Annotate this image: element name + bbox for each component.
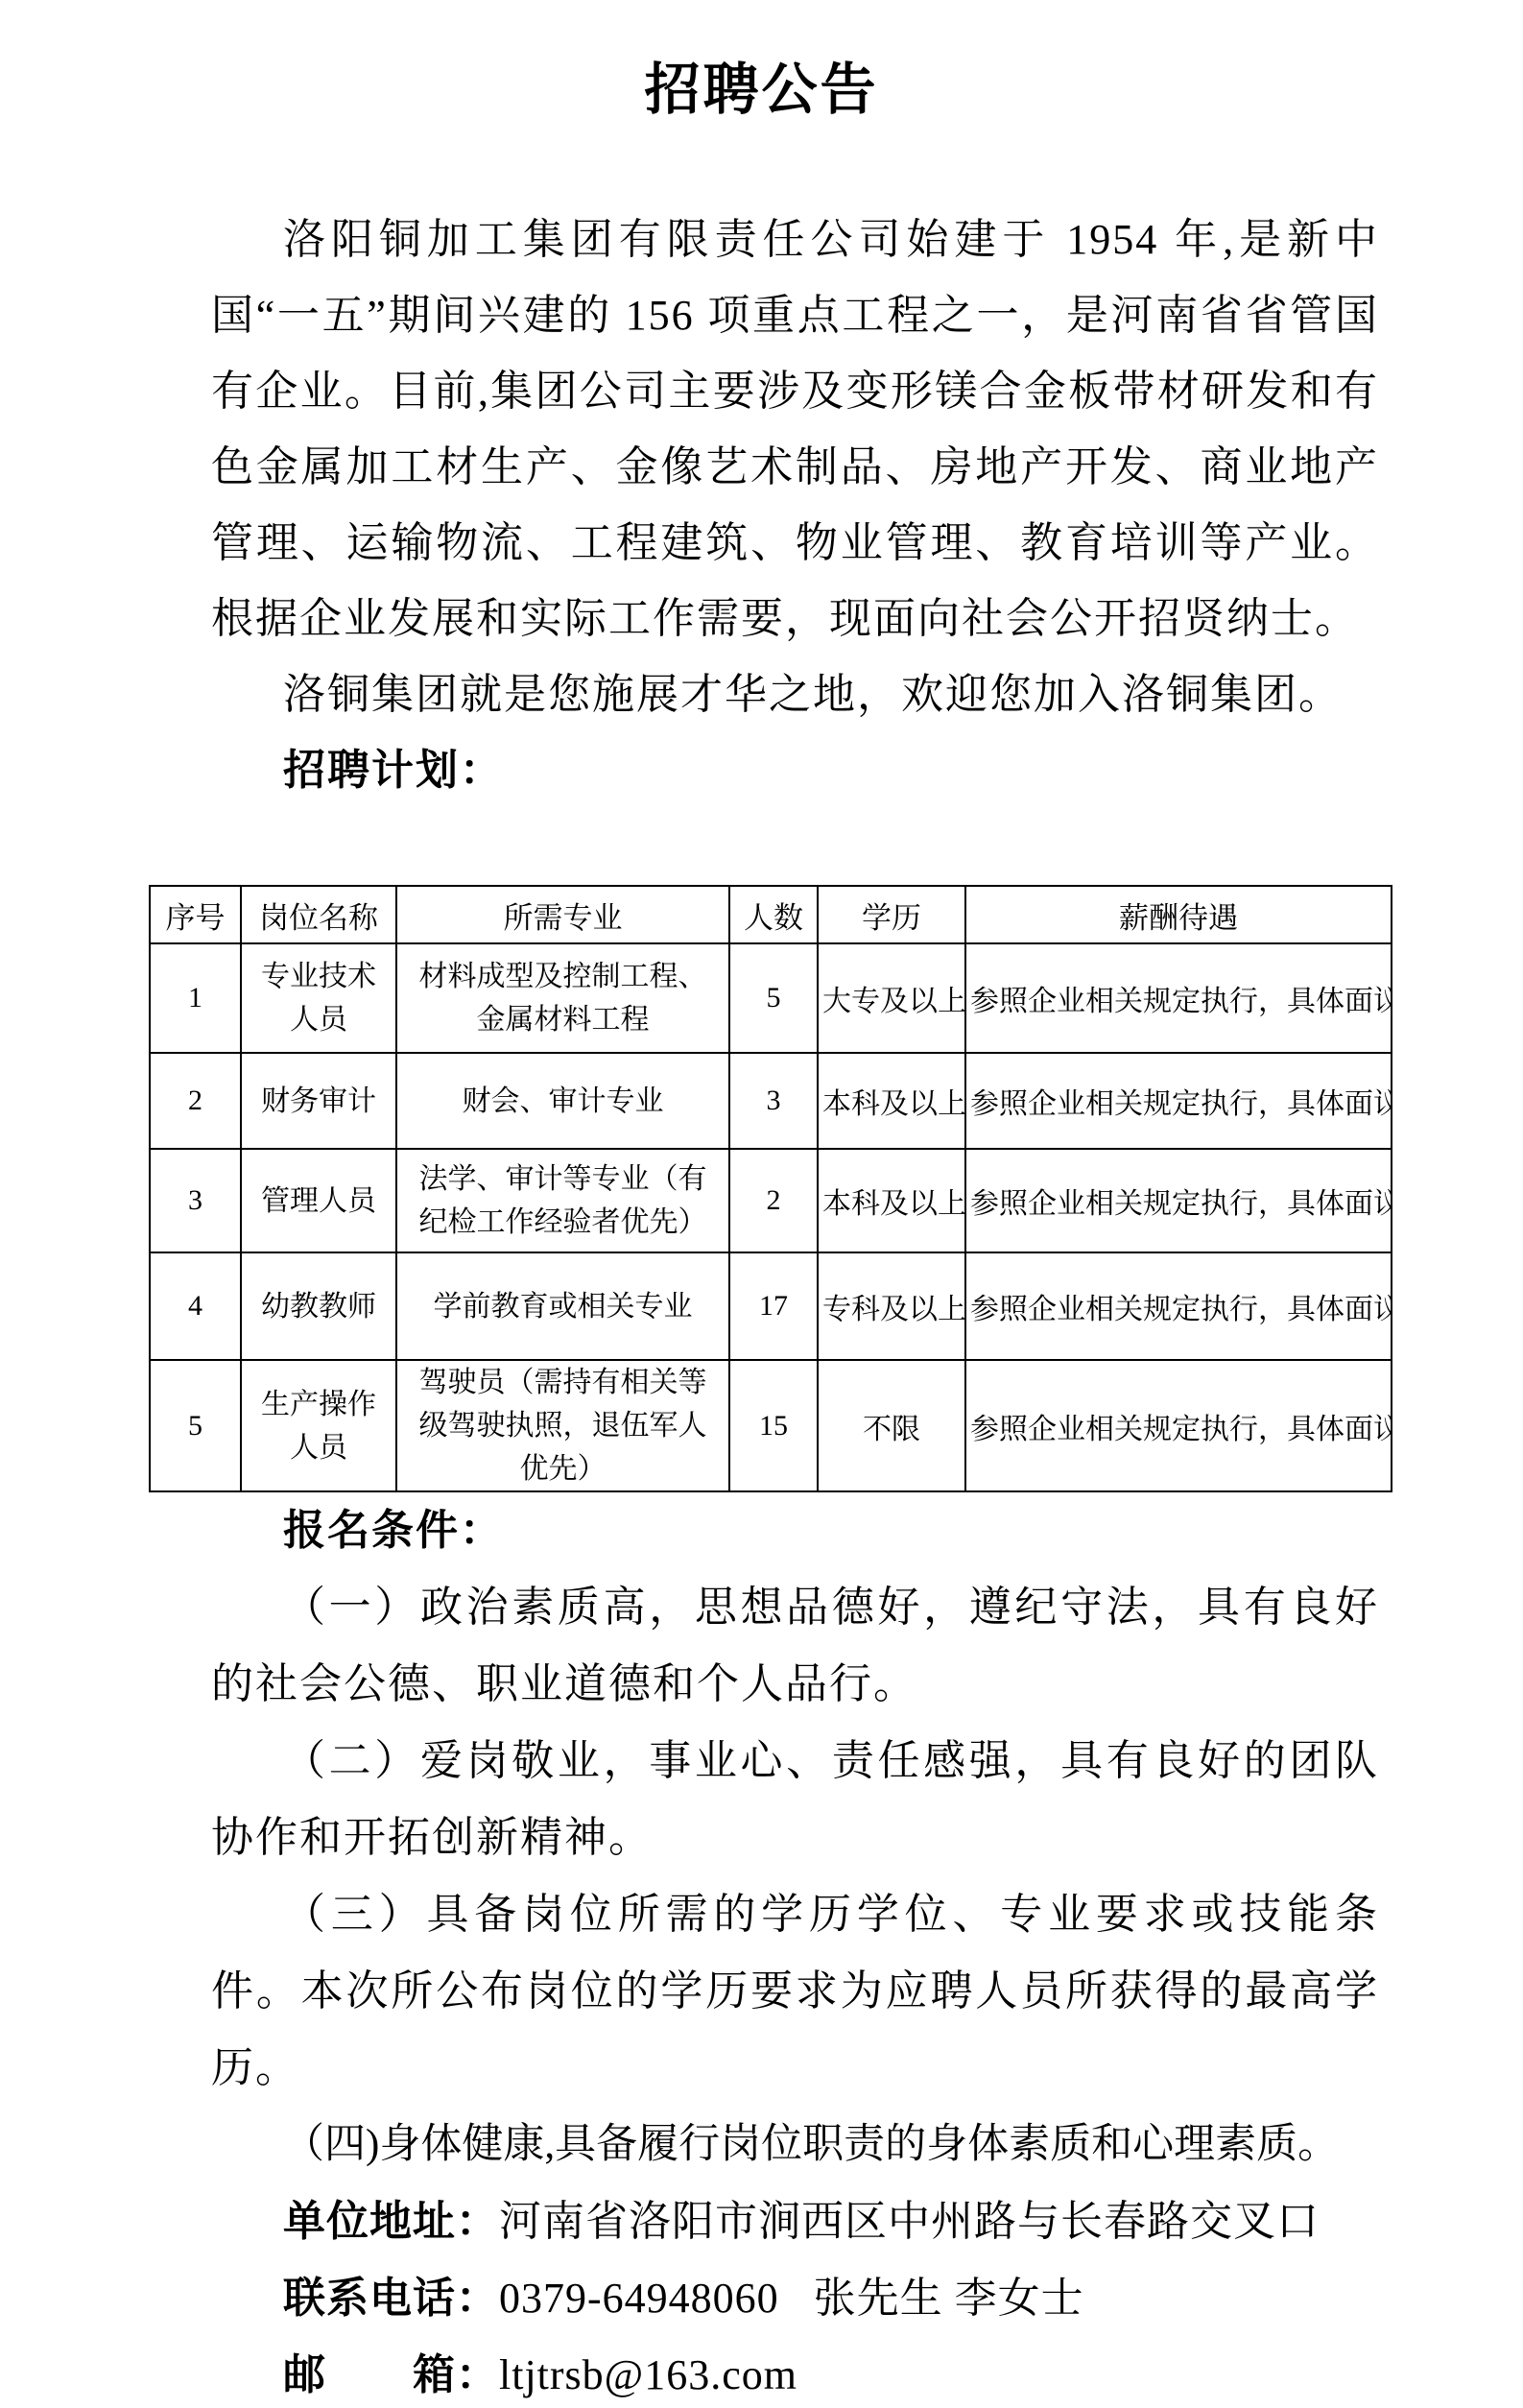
cell-index: 4 (150, 1252, 241, 1360)
phone-value: 0379-64948060 张先生 李女士 (499, 2275, 1084, 2322)
contact-address-line: 单位地址：河南省洛阳市涧西区中州路与长春路交叉口 (211, 2183, 1379, 2260)
table-row: 1 专业技术 人员 材料成型及控制工程、 金属材料工程 5 大专及以上 参照企业… (150, 943, 1392, 1053)
col-header-headcount: 人数 (729, 886, 818, 943)
email-value: ltjtrsb@163.com (499, 2351, 797, 2398)
cell-position: 专业技术 人员 (241, 943, 396, 1053)
intro-paragraph: 洛铜集团就是您施展才华之地，欢迎您加入洛铜集团。 (211, 656, 1379, 732)
col-header-salary: 薪酬待遇 (965, 886, 1392, 943)
cell-education: 本科及以上 (818, 1149, 965, 1252)
cell-headcount: 2 (729, 1149, 818, 1252)
cell-education: 专科及以上 (818, 1252, 965, 1360)
intro-section: 洛阳铜加工集团有限责任公司始建于 1954 年,是新中国“一五”期间兴建的 15… (211, 202, 1379, 808)
contact-phone-line: 联系电话：0379-64948060 张先生 李女士 (211, 2260, 1379, 2337)
conditions-heading: 报名条件： (211, 1492, 1379, 1569)
cell-headcount: 3 (729, 1053, 818, 1149)
recruitment-plan-table: 序号 岗位名称 所需专业 人数 学历 薪酬待遇 1 专业技术 人员 材料成型及控… (149, 885, 1392, 1492)
document-page: 招聘公告 洛阳铜加工集团有限责任公司始建于 1954 年,是新中国“一五”期间兴… (0, 0, 1523, 2408)
cell-major: 法学、审计等专业（有 纪检工作经验者优先） (396, 1149, 729, 1252)
cell-headcount: 17 (729, 1252, 818, 1360)
intro-paragraph: 洛阳铜加工集团有限责任公司始建于 1954 年,是新中国“一五”期间兴建的 15… (211, 202, 1379, 656)
table-header-row: 序号 岗位名称 所需专业 人数 学历 薪酬待遇 (150, 886, 1392, 943)
cell-salary: 参照企业相关规定执行，具体面议 (965, 943, 1392, 1053)
cell-position: 幼教教师 (241, 1252, 396, 1360)
table-row: 3 管理人员 法学、审计等专业（有 纪检工作经验者优先） 2 本科及以上 参照企… (150, 1149, 1392, 1252)
condition-item: （四)身体健康,具备履行岗位职责的身体素质和心理素质。 (211, 2107, 1379, 2183)
cell-education: 大专及以上 (818, 943, 965, 1053)
cell-index: 5 (150, 1360, 241, 1491)
cell-index: 3 (150, 1149, 241, 1252)
cell-position: 财务审计 (241, 1053, 396, 1149)
cell-salary: 参照企业相关规定执行，具体面议 (965, 1053, 1392, 1149)
document-title: 招聘公告 (0, 50, 1523, 131)
cell-education: 不限 (818, 1360, 965, 1491)
cell-salary: 参照企业相关规定执行，具体面议 (965, 1252, 1392, 1360)
col-header-major: 所需专业 (396, 886, 729, 943)
condition-item: （二）爱岗敬业，事业心、责任感强，具有良好的团队协作和开拓创新精神。 (211, 1723, 1379, 1876)
cell-education: 本科及以上 (818, 1053, 965, 1149)
condition-item: （一）政治素质高，思想品德好，遵纪守法，具有良好的社会公德、职业道德和个人品行。 (211, 1569, 1379, 1723)
cell-major: 材料成型及控制工程、 金属材料工程 (396, 943, 729, 1053)
cell-major: 财会、审计专业 (396, 1053, 729, 1149)
cell-headcount: 5 (729, 943, 818, 1053)
address-value: 河南省洛阳市涧西区中州路与长春路交叉口 (499, 2198, 1320, 2245)
recruitment-plan-table-wrap: 序号 岗位名称 所需专业 人数 学历 薪酬待遇 1 专业技术 人员 材料成型及控… (149, 885, 1391, 1492)
phone-label: 联系电话： (283, 2275, 499, 2322)
table-row: 5 生产操作 人员 驾驶员（需持有相关等 级驾驶执照，退伍军人 优先） 15 不… (150, 1360, 1392, 1491)
cell-salary: 参照企业相关规定执行，具体面议 (965, 1149, 1392, 1252)
conditions-section: 报名条件： （一）政治素质高，思想品德好，遵纪守法，具有良好的社会公德、职业道德… (211, 1492, 1379, 2408)
email-label: 邮 箱： (283, 2351, 499, 2398)
col-header-education: 学历 (818, 886, 965, 943)
plan-heading: 招聘计划： (211, 732, 1379, 808)
address-label: 单位地址： (283, 2198, 499, 2245)
condition-item: （三）具备岗位所需的学历学位、专业要求或技能条件。本次所公布岗位的学历要求为应聘… (211, 1876, 1379, 2107)
contact-email-line: 邮 箱：ltjtrsb@163.com (211, 2337, 1379, 2408)
cell-index: 1 (150, 943, 241, 1053)
cell-major: 学前教育或相关专业 (396, 1252, 729, 1360)
col-header-index: 序号 (150, 886, 241, 943)
contact-section: 单位地址：河南省洛阳市涧西区中州路与长春路交叉口 联系电话：0379-64948… (211, 2183, 1379, 2408)
cell-index: 2 (150, 1053, 241, 1149)
table-row: 2 财务审计 财会、审计专业 3 本科及以上 参照企业相关规定执行，具体面议 (150, 1053, 1392, 1149)
cell-position: 生产操作 人员 (241, 1360, 396, 1491)
cell-headcount: 15 (729, 1360, 818, 1491)
table-row: 4 幼教教师 学前教育或相关专业 17 专科及以上 参照企业相关规定执行，具体面… (150, 1252, 1392, 1360)
cell-salary: 参照企业相关规定执行，具体面议 (965, 1360, 1392, 1491)
cell-major: 驾驶员（需持有相关等 级驾驶执照，退伍军人 优先） (396, 1360, 729, 1491)
col-header-position: 岗位名称 (241, 886, 396, 943)
cell-position: 管理人员 (241, 1149, 396, 1252)
